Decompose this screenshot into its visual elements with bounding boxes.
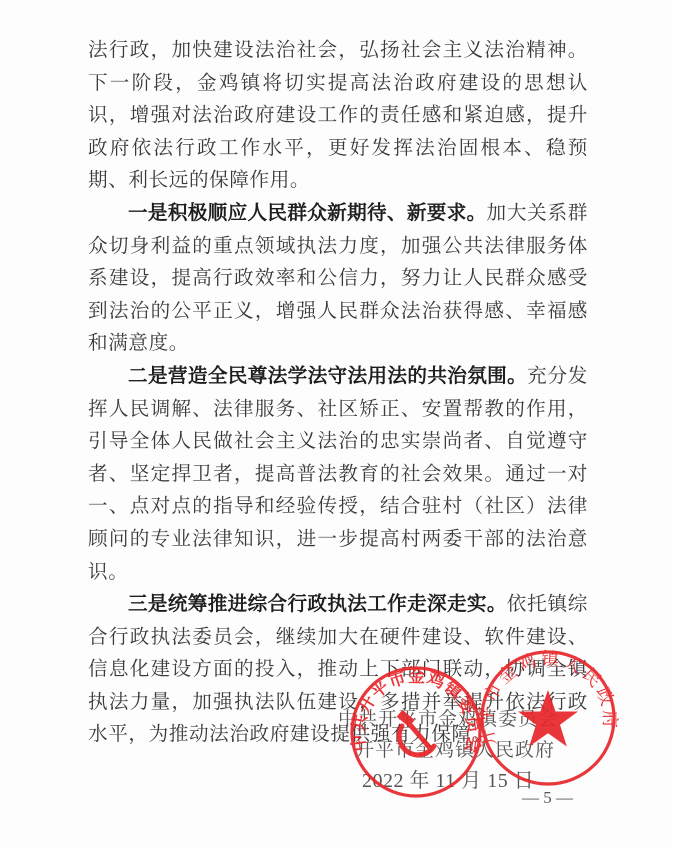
signature-government: 开平市金鸡镇人民政府 [355, 735, 555, 762]
paragraph-text: 法行政，加快建设法治社会，弘扬社会主义法治精神。下一阶段，金鸡镇将切实提高法治政… [88, 38, 588, 191]
document-page: 法行政，加快建设法治社会，弘扬社会主义法治精神。下一阶段，金鸡镇将切实提高法治政… [0, 0, 673, 847]
document-body: 法行政，加快建设法治社会，弘扬社会主义法治精神。下一阶段，金鸡镇将切实提高法治政… [88, 34, 588, 751]
signature-party-committee: 中共开平市金鸡镇委员会 [338, 704, 558, 731]
paragraph-point-one: 一是积极顺应人民群众新期待、新要求。加大关系群众切身利益的重点领域执法力度，加强… [88, 197, 588, 360]
paragraph-lead: 三是统筹推进综合行政执法工作走深走实。 [128, 592, 507, 615]
paragraph-lead: 一是积极顺应人民群众新期待、新要求。 [128, 201, 487, 224]
paragraph-point-two: 二是营造全民尊法学法守法用法的共治氛围。充分发挥人民调解、法律服务、社区矫正、安… [88, 360, 588, 588]
page-number: — 5 — [522, 788, 573, 808]
signature-date: 2022 年 11 月 15 日 [362, 764, 534, 793]
paragraph-intro: 法行政，加快建设法治社会，弘扬社会主义法治精神。下一阶段，金鸡镇将切实提高法治政… [88, 34, 588, 197]
paragraph-lead: 二是营造全民尊法学法守法用法的共治氛围。 [128, 364, 527, 387]
paragraph-text: 充分发挥人民调解、法律服务、社区矫正、安置帮教的作用，引导全体人民做社会主义法治… [88, 364, 588, 583]
